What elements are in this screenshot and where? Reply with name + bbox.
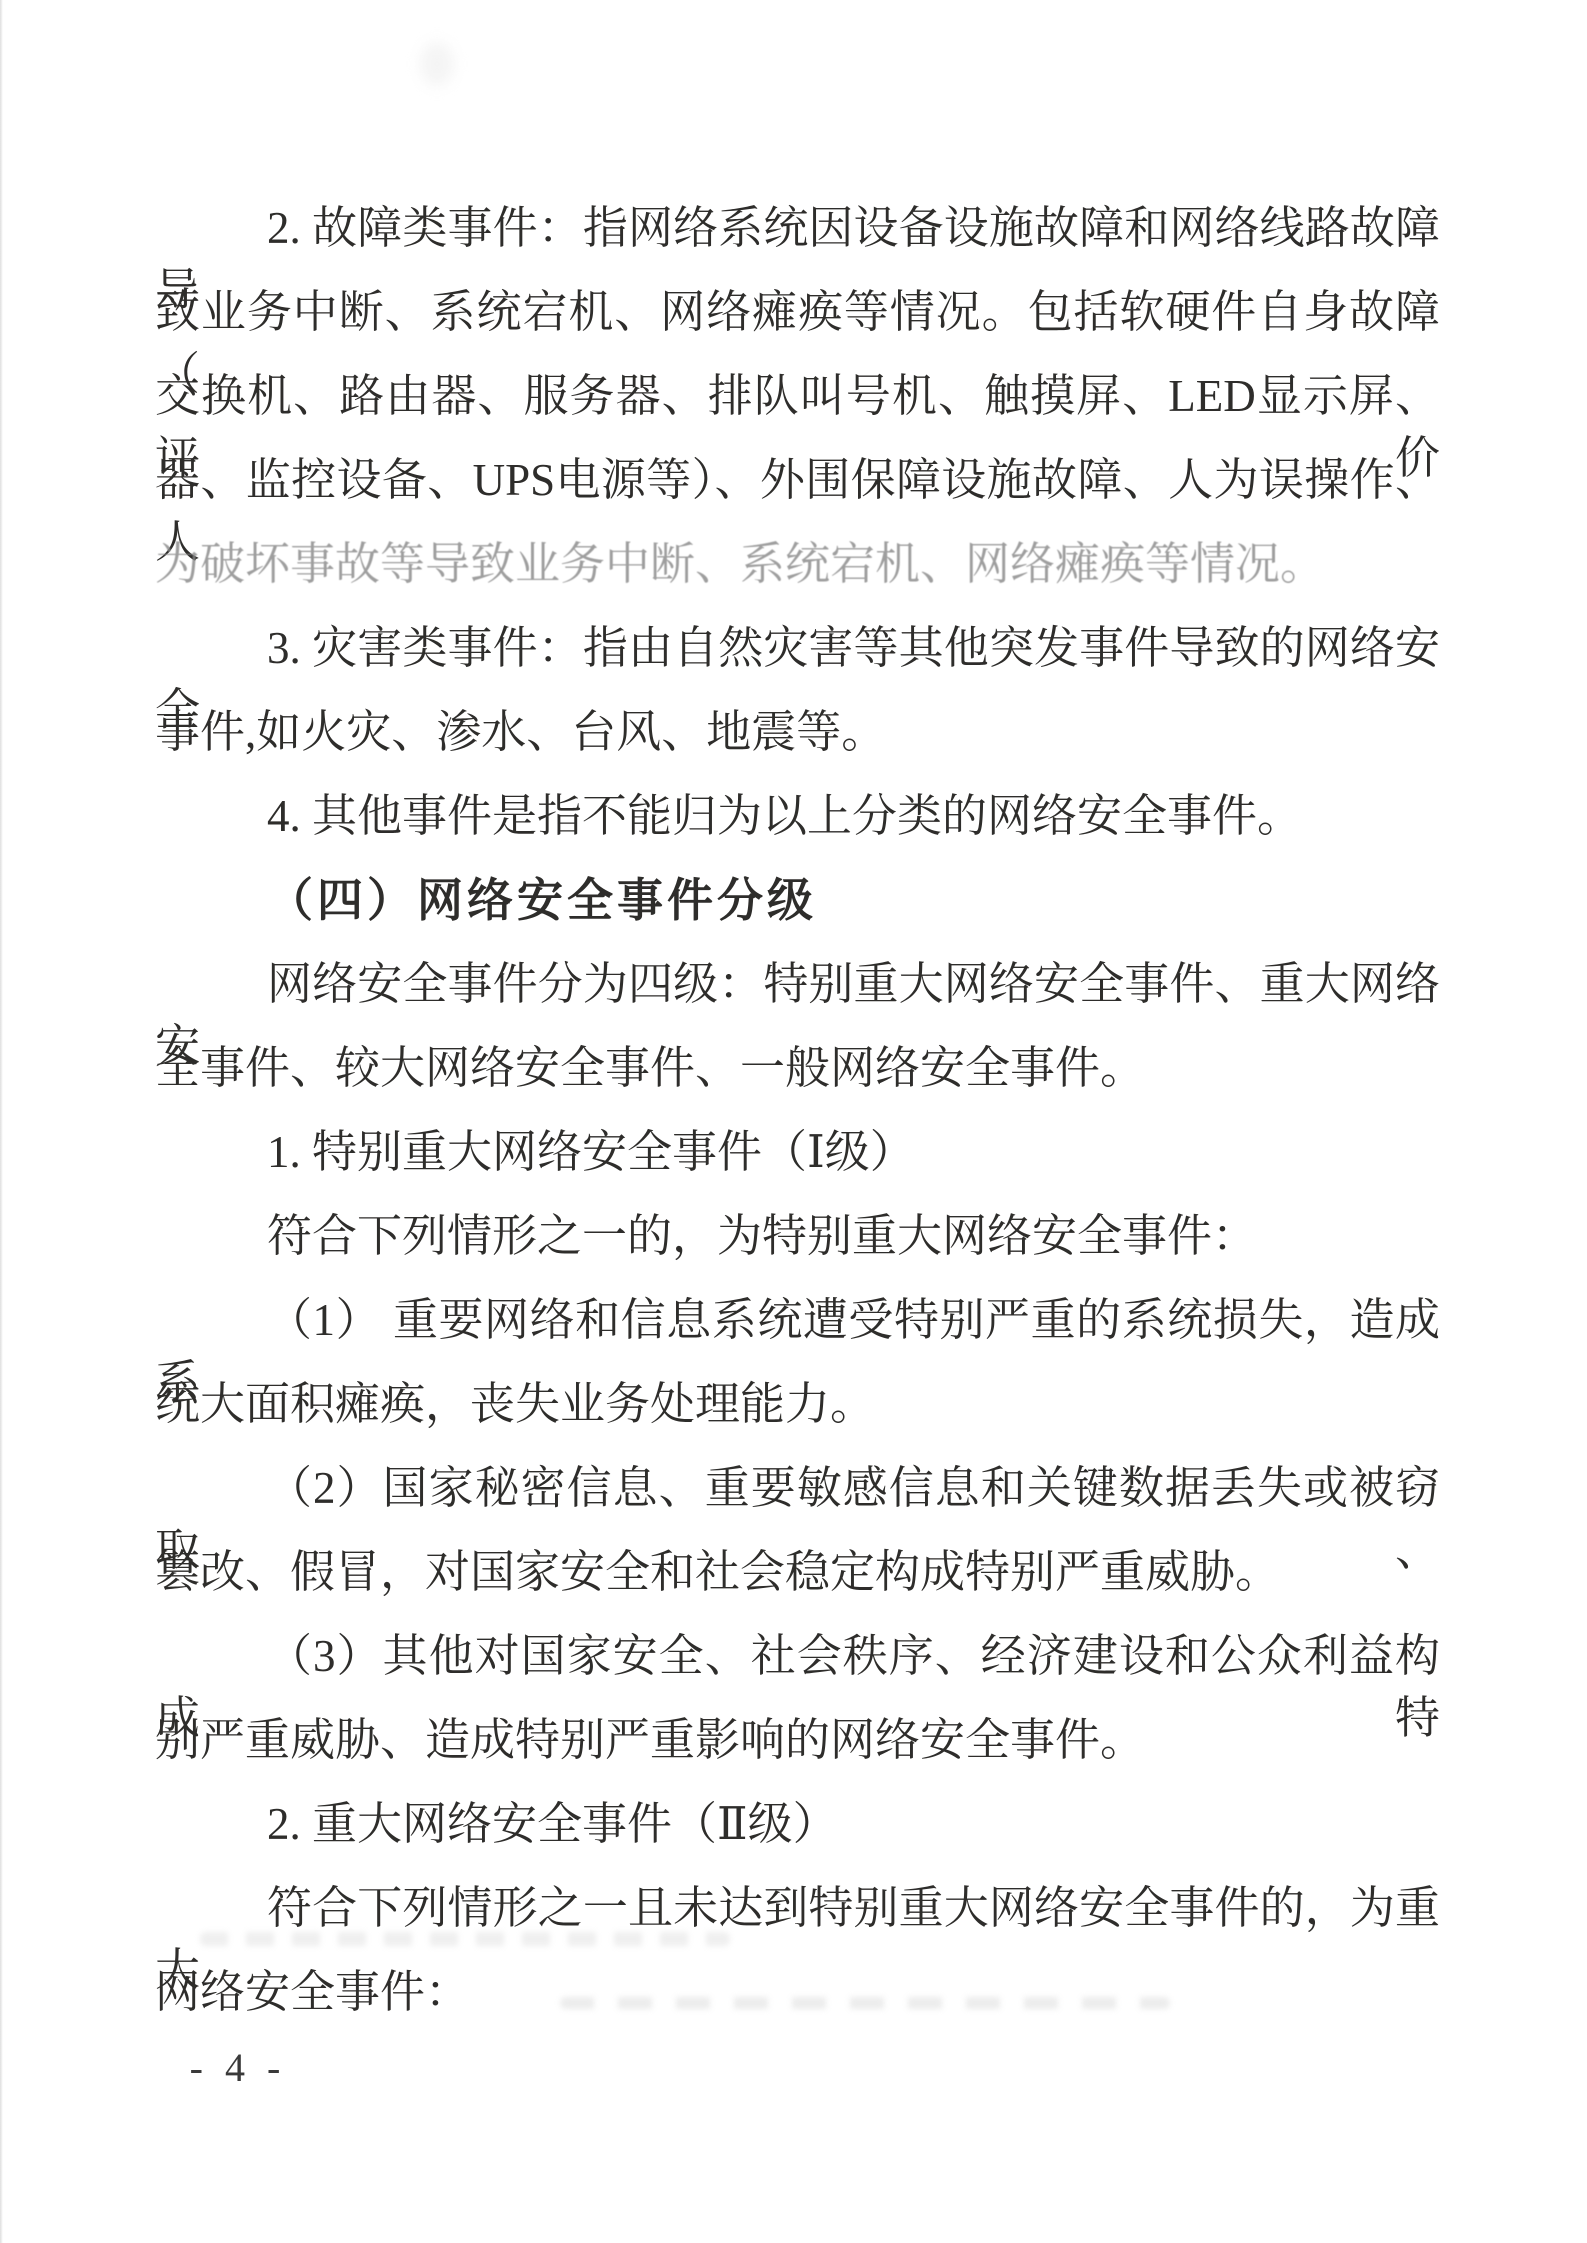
text-line: （四）网络安全事件分级 [155,869,1440,931]
text-line: 符合下列情形之一且未达到特别重大网络安全事件的，为重大 [155,1877,1440,1939]
text-line: 符合下列情形之一的，为特别重大网络安全事件： [155,1205,1440,1267]
text-line: 统大面积瘫痪，丧失业务处理能力。 [155,1373,1440,1435]
text-line: 2. 重大网络安全事件（Ⅱ级） [155,1793,1440,1855]
text-line: 致业务中断、系统宕机、网络瘫痪等情况。包括软硬件自身故障（ [155,281,1440,343]
text-line: （3）其他对国家安全、社会秩序、经济建设和公众利益构成特 [155,1625,1440,1687]
text-line: 篡改、假冒，对国家安全和社会稳定构成特别严重威胁。 [155,1541,1440,1603]
text-line: 网络安全事件： [155,1961,1440,2023]
text-line: 1. 特别重大网络安全事件（Ⅰ级） [155,1121,1440,1183]
text-line: （2）国家秘密信息、重要敏感信息和关键数据丢失或被窃取、 [155,1457,1440,1519]
text-line: 器、监控设备、UPS电源等）、外围保障设施故障、人为误操作、人 [155,449,1440,511]
text-line: 全事件、较大网络安全事件、一般网络安全事件。 [155,1037,1440,1099]
scan-artifact [420,42,454,86]
text-line: 2. 故障类事件：指网络系统因设备设施故障和网络线路故障导 [155,197,1440,259]
text-line: （1） 重要网络和信息系统遭受特别严重的系统损失，造成系 [155,1289,1440,1351]
text-line: 为破坏事故等导致业务中断、系统宕机、网络瘫痪等情况。 [155,533,1440,595]
scanned-document-page: 2. 故障类事件：指网络系统因设备设施故障和网络线路故障导致业务中断、系统宕机、… [0,0,1587,2243]
scan-edge-artifact [0,0,3,2243]
page-number: - 4 - [148,2040,328,2096]
text-line: 事件,如火灾、渗水、台风、地震等。 [155,701,1440,763]
text-line: 3. 灾害类事件：指由自然灾害等其他突发事件导致的网络安全 [155,617,1440,679]
text-line: 4. 其他事件是指不能归为以上分类的网络安全事件。 [155,785,1440,847]
text-line: 网络安全事件分为四级：特别重大网络安全事件、重大网络安 [155,953,1440,1015]
text-line: 交换机、路由器、服务器、排队叫号机、触摸屏、LED显示屏、评价 [155,365,1440,427]
document-text: 2. 故障类事件：指网络系统因设备设施故障和网络线路故障导致业务中断、系统宕机、… [155,197,1440,2045]
